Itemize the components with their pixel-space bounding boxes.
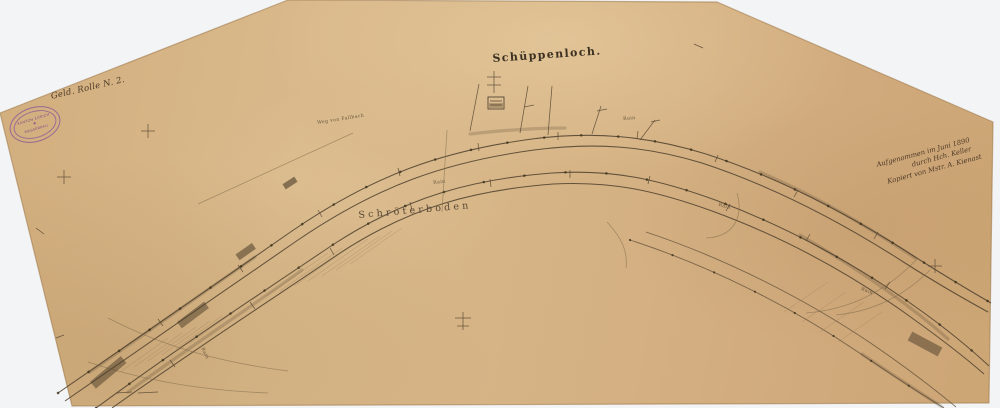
emphasized-bank-segments (90, 128, 948, 407)
rain-label: Rain (623, 116, 636, 122)
survey-point-dots (58, 135, 991, 408)
building-symbol (488, 97, 504, 109)
slope-hatching (120, 228, 882, 372)
survey-marks (36, 44, 942, 393)
faint-construction-lines (88, 130, 930, 393)
scan-background: Schüppenloch. Schröterboden Weg von Fall… (0, 0, 1000, 408)
